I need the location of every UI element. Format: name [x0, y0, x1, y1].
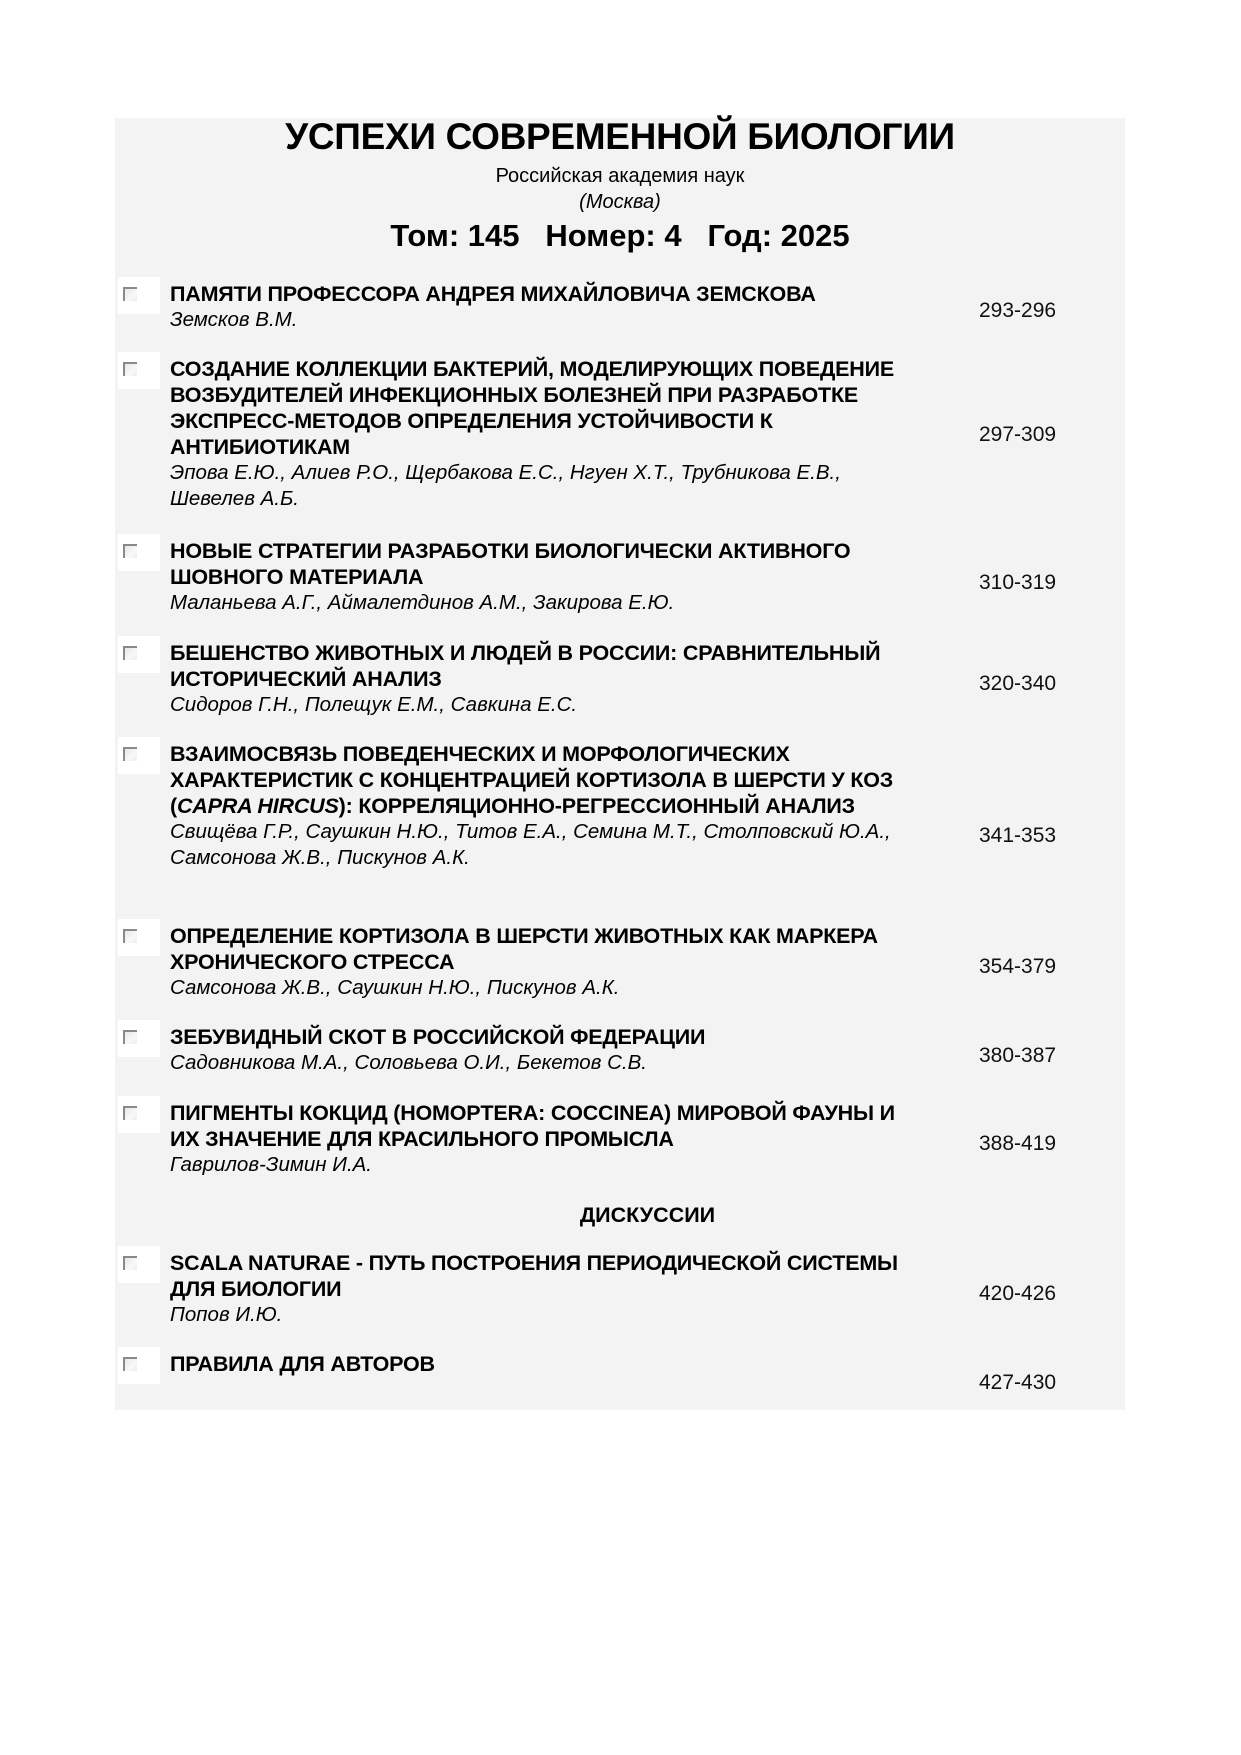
article-title-link[interactable]: SCALA NATURAE - ПУТЬ ПОСТРОЕНИЯ ПЕРИОДИЧ…: [170, 1250, 930, 1302]
publisher-city: (Москва): [115, 189, 1125, 215]
article-pages: 388-419: [979, 1131, 1056, 1157]
issue-info: Том: 145 Номер: 4 Год: 2025: [115, 216, 1125, 256]
article-title-link[interactable]: ЗЕБУВИДНЫЙ СКОТ В РОССИЙСКОЙ ФЕДЕРАЦИИ: [170, 1024, 930, 1050]
article-pages: 380-387: [979, 1043, 1056, 1069]
article-icon[interactable]: [118, 1246, 160, 1283]
issue-value: 4: [664, 218, 681, 253]
article-authors: Садовникова М.А., Соловьева О.И., Бекето…: [170, 1050, 930, 1076]
article-authors: Эпова Е.Ю., Алиев Р.О., Щербакова Е.С., …: [170, 460, 930, 512]
article-pages: 427-430: [979, 1370, 1056, 1396]
broken-image-icon: [123, 1256, 137, 1270]
table-of-contents-panel: УСПЕХИ СОВРЕМЕННОЙ БИОЛОГИИ Российская а…: [115, 118, 1125, 1410]
article-authors: Свищёва Г.Р., Саушкин Н.Ю., Титов Е.А., …: [170, 819, 930, 871]
article-icon[interactable]: [118, 352, 160, 389]
article-icon[interactable]: [118, 277, 160, 314]
article-authors: Самсонова Ж.В., Саушкин Н.Ю., Пискунов А…: [170, 975, 930, 1001]
article-pages: 297-309: [979, 422, 1056, 448]
article-pages: 354-379: [979, 954, 1056, 980]
article-icon[interactable]: [118, 534, 160, 571]
article-icon[interactable]: [118, 1020, 160, 1057]
article-title-link[interactable]: НОВЫЕ СТРАТЕГИИ РАЗРАБОТКИ БИОЛОГИЧЕСКИ …: [170, 538, 930, 590]
article-title-link[interactable]: БЕШЕНСТВО ЖИВОТНЫХ И ЛЮДЕЙ В РОССИИ: СРА…: [170, 640, 930, 692]
title-text: ): КОРРЕЛЯЦИОННО-РЕГРЕССИОННЫЙ АНАЛИЗ: [339, 794, 855, 818]
article-pages: 320-340: [979, 671, 1056, 697]
year-label: Год:: [707, 218, 772, 253]
article-authors: Гаврилов-Зимин И.А.: [170, 1152, 930, 1178]
article-title-link[interactable]: ПИГМЕНТЫ КОКЦИД (HOMOPTERA: COCCINEA) МИ…: [170, 1100, 930, 1152]
article-title-link[interactable]: ОПРЕДЕЛЕНИЕ КОРТИЗОЛА В ШЕРСТИ ЖИВОТНЫХ …: [170, 923, 930, 975]
article-title-link[interactable]: СОЗДАНИЕ КОЛЛЕКЦИИ БАКТЕРИЙ, МОДЕЛИРУЮЩИ…: [170, 356, 930, 460]
article-icon[interactable]: [118, 737, 160, 774]
article-title-link[interactable]: ПРАВИЛА ДЛЯ АВТОРОВ: [170, 1351, 930, 1377]
issue-label: Номер:: [545, 218, 655, 253]
broken-image-icon: [123, 646, 137, 660]
article-title-link[interactable]: ВЗАИМОСВЯЗЬ ПОВЕДЕНЧЕСКИХ И МОРФОЛОГИЧЕС…: [170, 741, 930, 819]
publisher: Российская академия наук: [115, 163, 1125, 189]
article-icon[interactable]: [118, 1347, 160, 1384]
section-heading-discussions: ДИСКУССИИ: [115, 1202, 1125, 1228]
broken-image-icon: [123, 1106, 137, 1120]
article-title-link[interactable]: ПАМЯТИ ПРОФЕССОРА АНДРЕЯ МИХАЙЛОВИЧА ЗЕМ…: [170, 281, 930, 307]
broken-image-icon: [123, 929, 137, 943]
article-pages: 293-296: [979, 298, 1056, 324]
broken-image-icon: [123, 747, 137, 761]
article-pages: 341-353: [979, 823, 1056, 849]
broken-image-icon: [123, 362, 137, 376]
article-authors: Маланьева А.Г., Аймалетдинов А.М., Закир…: [170, 590, 930, 616]
year-value: 2025: [781, 218, 850, 253]
article-icon[interactable]: [118, 919, 160, 956]
article-pages: 310-319: [979, 570, 1056, 596]
article-icon[interactable]: [118, 1096, 160, 1133]
volume-label: Том:: [390, 218, 459, 253]
article-pages: 420-426: [979, 1281, 1056, 1307]
broken-image-icon: [123, 287, 137, 301]
journal-title: УСПЕХИ СОВРЕМЕННОЙ БИОЛОГИИ: [115, 114, 1125, 160]
title-latin-species: CAPRA HIRCUS: [177, 794, 339, 818]
broken-image-icon: [123, 544, 137, 558]
article-icon[interactable]: [118, 636, 160, 673]
article-authors: Земсков В.М.: [170, 307, 930, 333]
volume-value: 145: [468, 218, 520, 253]
article-authors: Сидоров Г.Н., Полещук Е.М., Савкина Е.С.: [170, 692, 930, 718]
article-authors: Попов И.Ю.: [170, 1302, 930, 1328]
broken-image-icon: [123, 1357, 137, 1371]
broken-image-icon: [123, 1030, 137, 1044]
